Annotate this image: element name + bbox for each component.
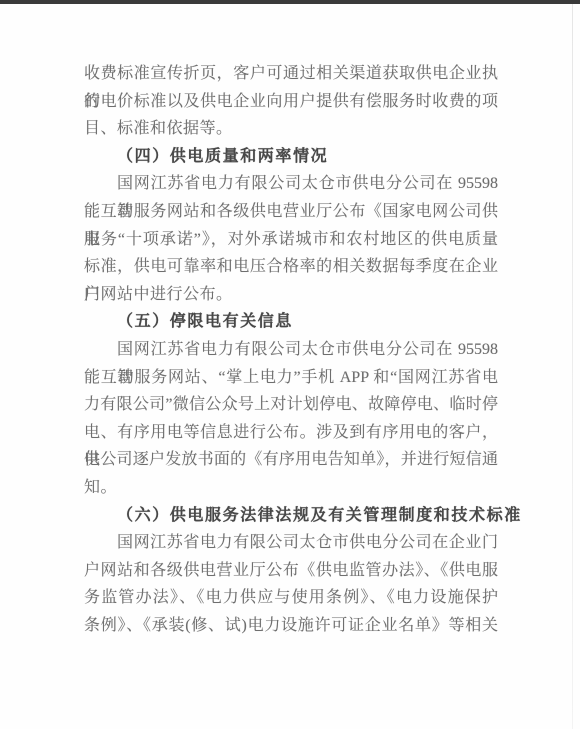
document-text-block: 收费标准宣传折页，客户可通过相关渠道获取供电企业执行 的电价标准以及供电企业向用… xyxy=(84,60,498,639)
text-line: 户网站和各级供电营业厅公布《供电监管办法》、《供电服 xyxy=(84,557,498,585)
text-line: 国网江苏省电力有限公司太仓市供电分公司在 95598 智 xyxy=(84,170,498,198)
document-page: 收费标准宣传折页，客户可通过相关渠道获取供电企业执行 的电价标准以及供电企业向用… xyxy=(0,0,580,729)
text-line: 电、有序用电等信息进行公布。涉及到有序用电的客户，供 xyxy=(84,419,498,447)
page-top-edge-bar xyxy=(0,0,580,4)
text-line: 标准，供电可靠率和电压合格率的相关数据每季度在企业门 xyxy=(84,253,498,281)
text-line: 的电价标准以及供电企业向用户提供有偿服务时收费的项 xyxy=(84,88,498,116)
section-heading: （四）供电质量和两率情况 xyxy=(84,143,498,171)
text-line: 户网站中进行公布。 xyxy=(84,281,498,309)
text-line: 能互动服务网站和各级供电营业厅公布《国家电网公司供电 xyxy=(84,198,498,226)
text-line: 条例》、《承装(修、试)电力设施许可证企业名单》等相关 xyxy=(84,612,498,640)
text-line: 国网江苏省电力有限公司太仓市供电分公司在企业门 xyxy=(84,529,498,557)
text-line: 能互动服务网站、“掌上电力”手机 APP 和“国网江苏省电 xyxy=(84,364,498,392)
text-line: 务监管办法》、《电力供应与使用条例》、《电力设施保护 xyxy=(84,584,498,612)
text-line: 目、标准和依据等。 xyxy=(84,115,498,143)
text-line: 国网江苏省电力有限公司太仓市供电分公司在 95598 智 xyxy=(84,336,498,364)
text-line: 力有限公司”微信公众号上对计划停电、故障停电、临时停 xyxy=(84,391,498,419)
text-line: 知。 xyxy=(84,474,498,502)
text-line: 电公司逐户发放书面的《有序用电告知单》，并进行短信通 xyxy=(84,446,498,474)
text-line: 服务“十项承诺”》，对外承诺城市和农村地区的供电质量 xyxy=(84,226,498,254)
section-heading: （五）停限电有关信息 xyxy=(84,308,498,336)
page-right-edge-line xyxy=(572,4,573,729)
text-line: 收费标准宣传折页，客户可通过相关渠道获取供电企业执行 xyxy=(84,60,498,88)
section-heading: （六）供电服务法律法规及有关管理制度和技术标准 xyxy=(84,502,498,530)
